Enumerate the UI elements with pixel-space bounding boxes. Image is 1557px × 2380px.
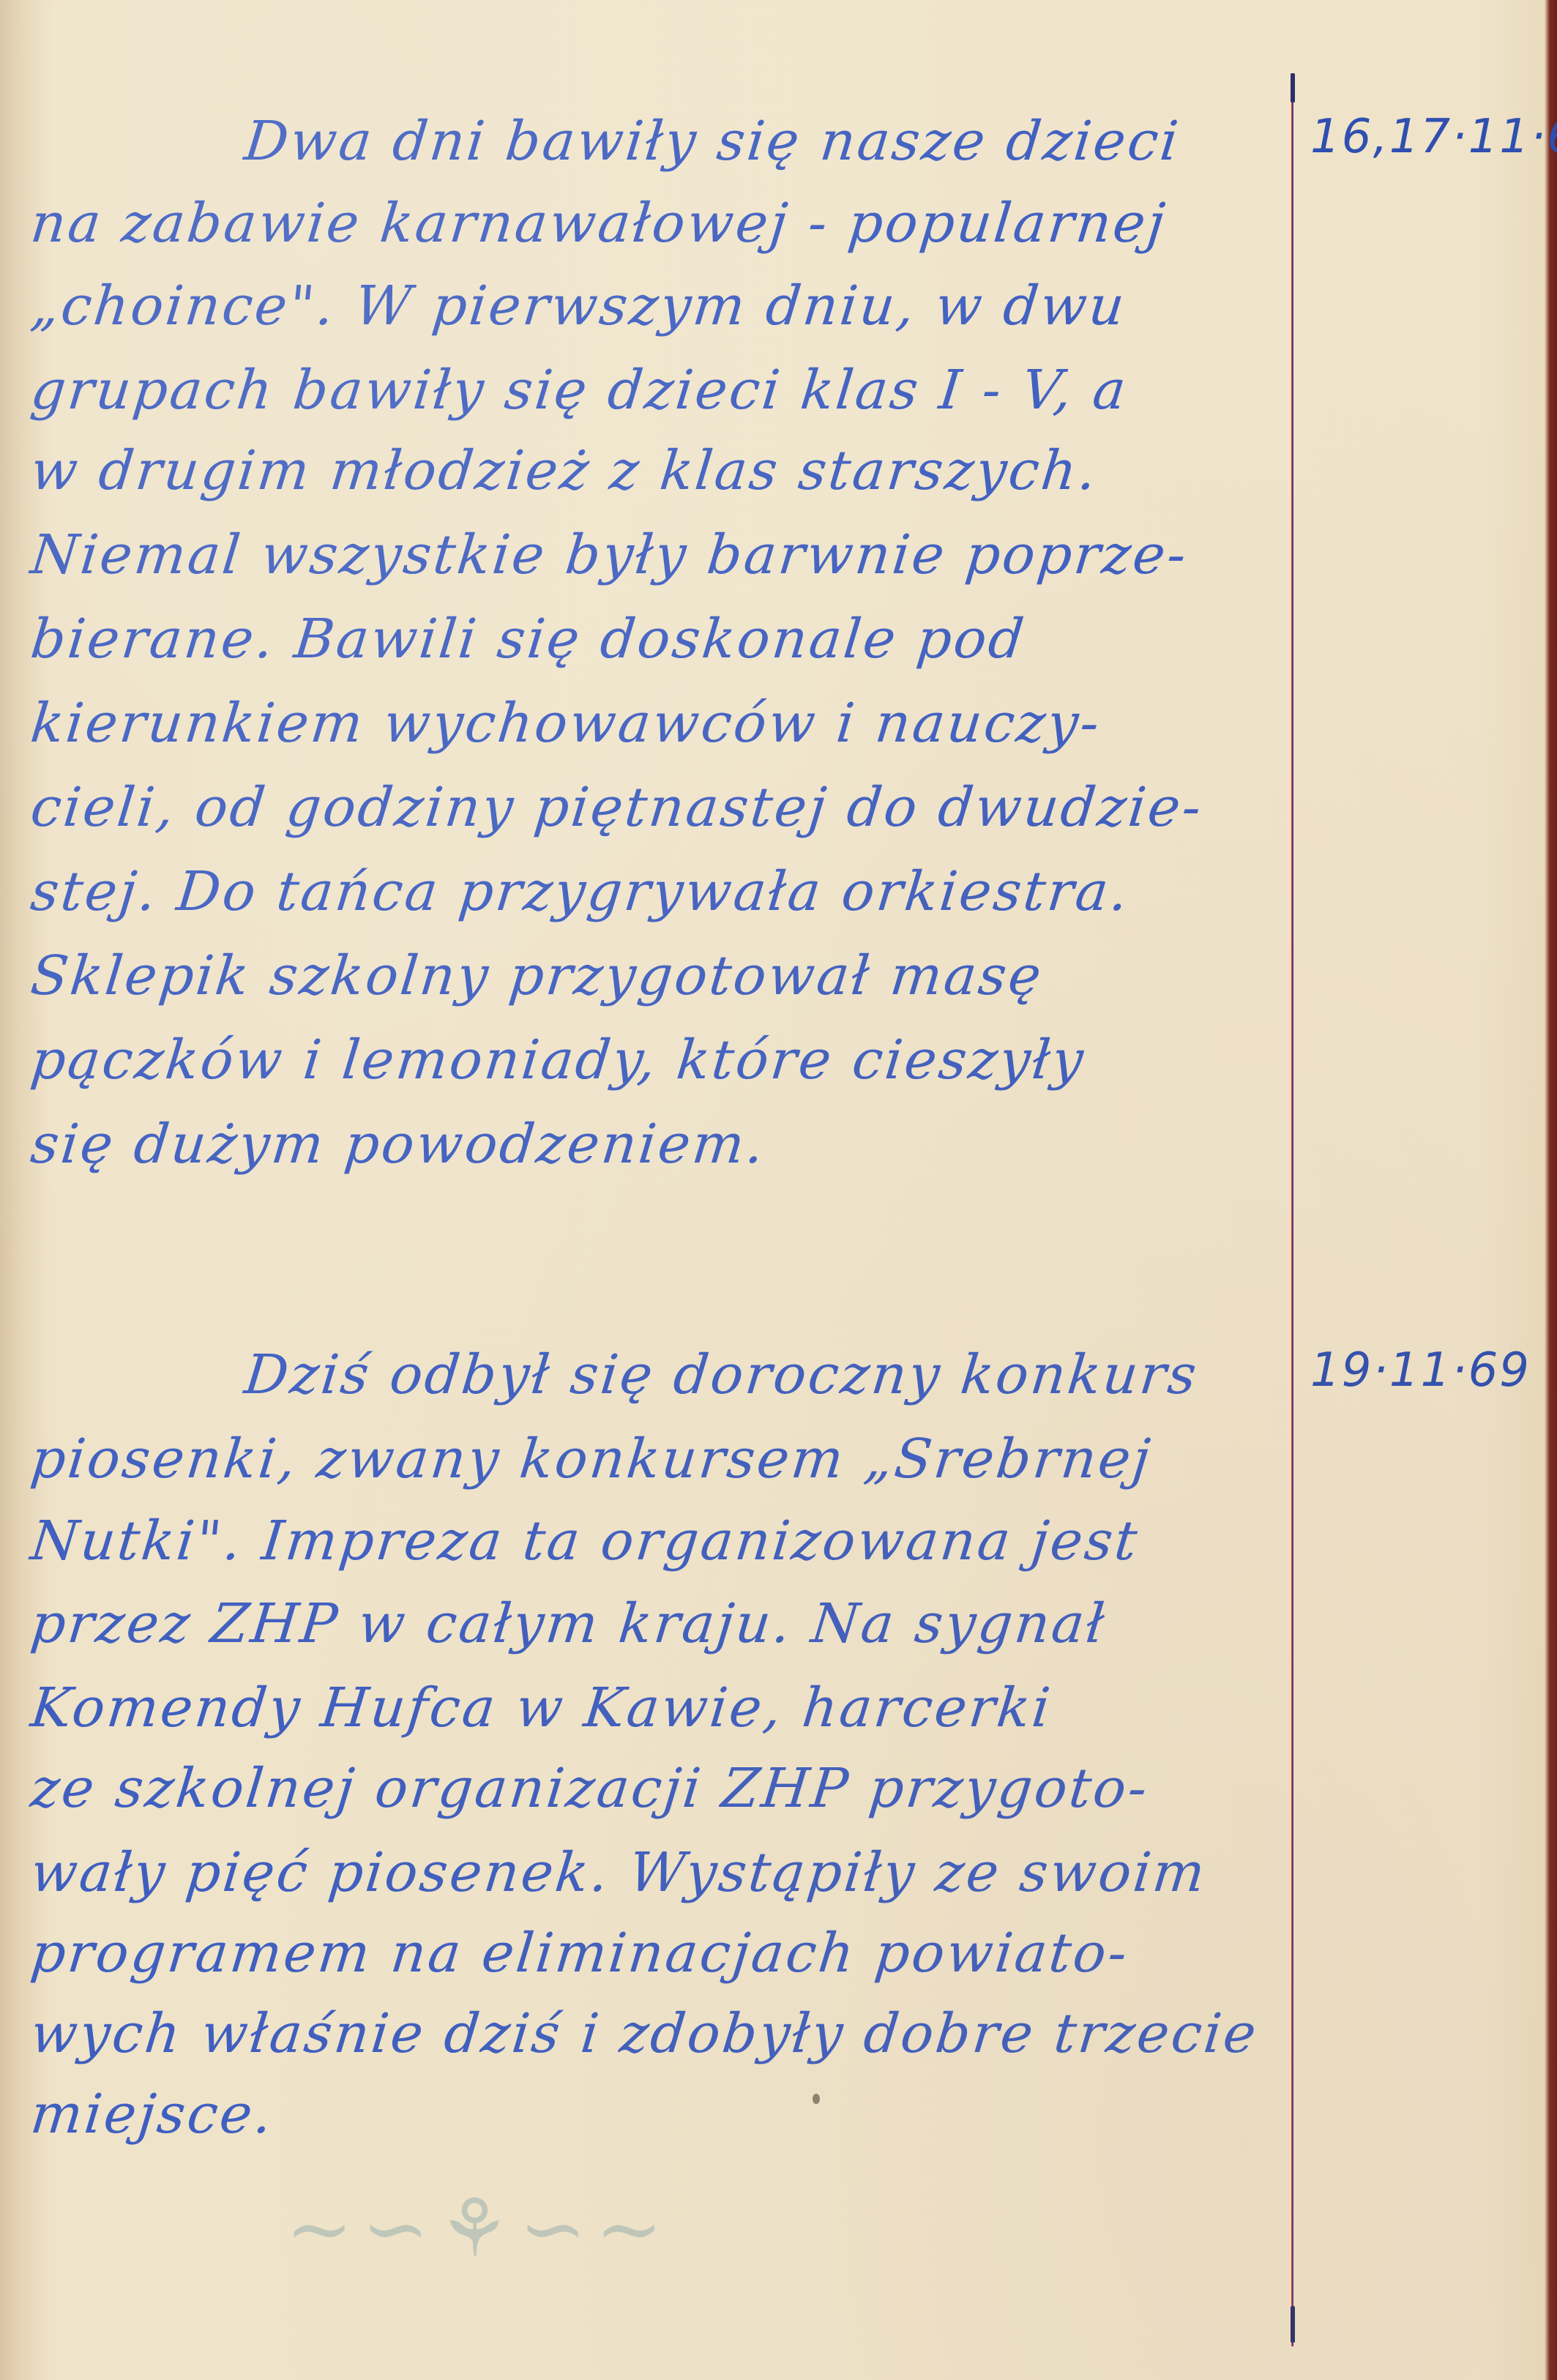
entry-line: stej. Do tańca przygrywała orkiestra. (28, 860, 1133, 923)
entry-line: piosenki, zwany konkursem „Srebrnej (28, 1428, 1155, 1491)
entry-line: grupach bawiły się dzieci klas I - V, a (28, 359, 1131, 422)
entry-line: bierane. Bawili się doskonale pod (28, 608, 1029, 671)
entry-line: na zabawie karnawałowej - popularnej (28, 192, 1170, 255)
entry-line: wały pięć piosenek. Wystąpiły ze swoim (28, 1841, 1210, 1904)
entry-line: Komendy Hufca w Kawie, harcerki (28, 1676, 1055, 1739)
margin-line-bottom-mark (1291, 2306, 1295, 2343)
entry-line: wych właśnie dziś i zdobyły dobre trzeci… (28, 2002, 1261, 2065)
entry-line: kierunkiem wychowawców i nauczy- (28, 692, 1104, 755)
ink-spot (813, 2094, 820, 2104)
date-margin-line (1291, 77, 1293, 2346)
entry-line: „choince". W pierwszym dniu, w dwu (28, 275, 1130, 337)
entry-line: cieli, od godziny piętnastej do dwudzie- (28, 776, 1206, 839)
entry-line: Niemal wszystkie były barwnie poprze- (28, 523, 1191, 586)
entry-line: miejsce. (28, 2083, 277, 2146)
entry-line: pączków i lemoniady, które cieszyły (28, 1029, 1089, 1092)
entry-line: Sklepik szkolny przygotował masę (28, 944, 1046, 1007)
notebook-page: 16,17·11·69 Dwa dni bawiły się nasze dzi… (0, 0, 1557, 2380)
bleed-through-ornament: ~∽⚘∽~ (285, 2182, 671, 2275)
entry-date: 16,17·11·69 (1310, 110, 1557, 164)
entry-line: Dziś odbył się doroczny konkurs (242, 1343, 1201, 1406)
entry-line: Nutki". Impreza ta organizowana jest (28, 1510, 1142, 1573)
entry-line: ze szkolnej organizacji ZHP przygoto- (28, 1757, 1152, 1820)
entry-line: programem na eliminacjach powiato- (28, 1922, 1132, 1985)
entry-line: się dużym powodzeniem. (28, 1113, 769, 1176)
entry-line: Dwa dni bawiły się nasze dzieci (242, 110, 1183, 173)
entry-line: w drugim młodzież z klas starszych. (28, 439, 1101, 502)
margin-line-top-mark (1291, 73, 1295, 102)
entry-date: 19·11·69 (1310, 1343, 1531, 1398)
entry-line: przez ZHP w całym kraju. Na sygnał (28, 1592, 1110, 1655)
